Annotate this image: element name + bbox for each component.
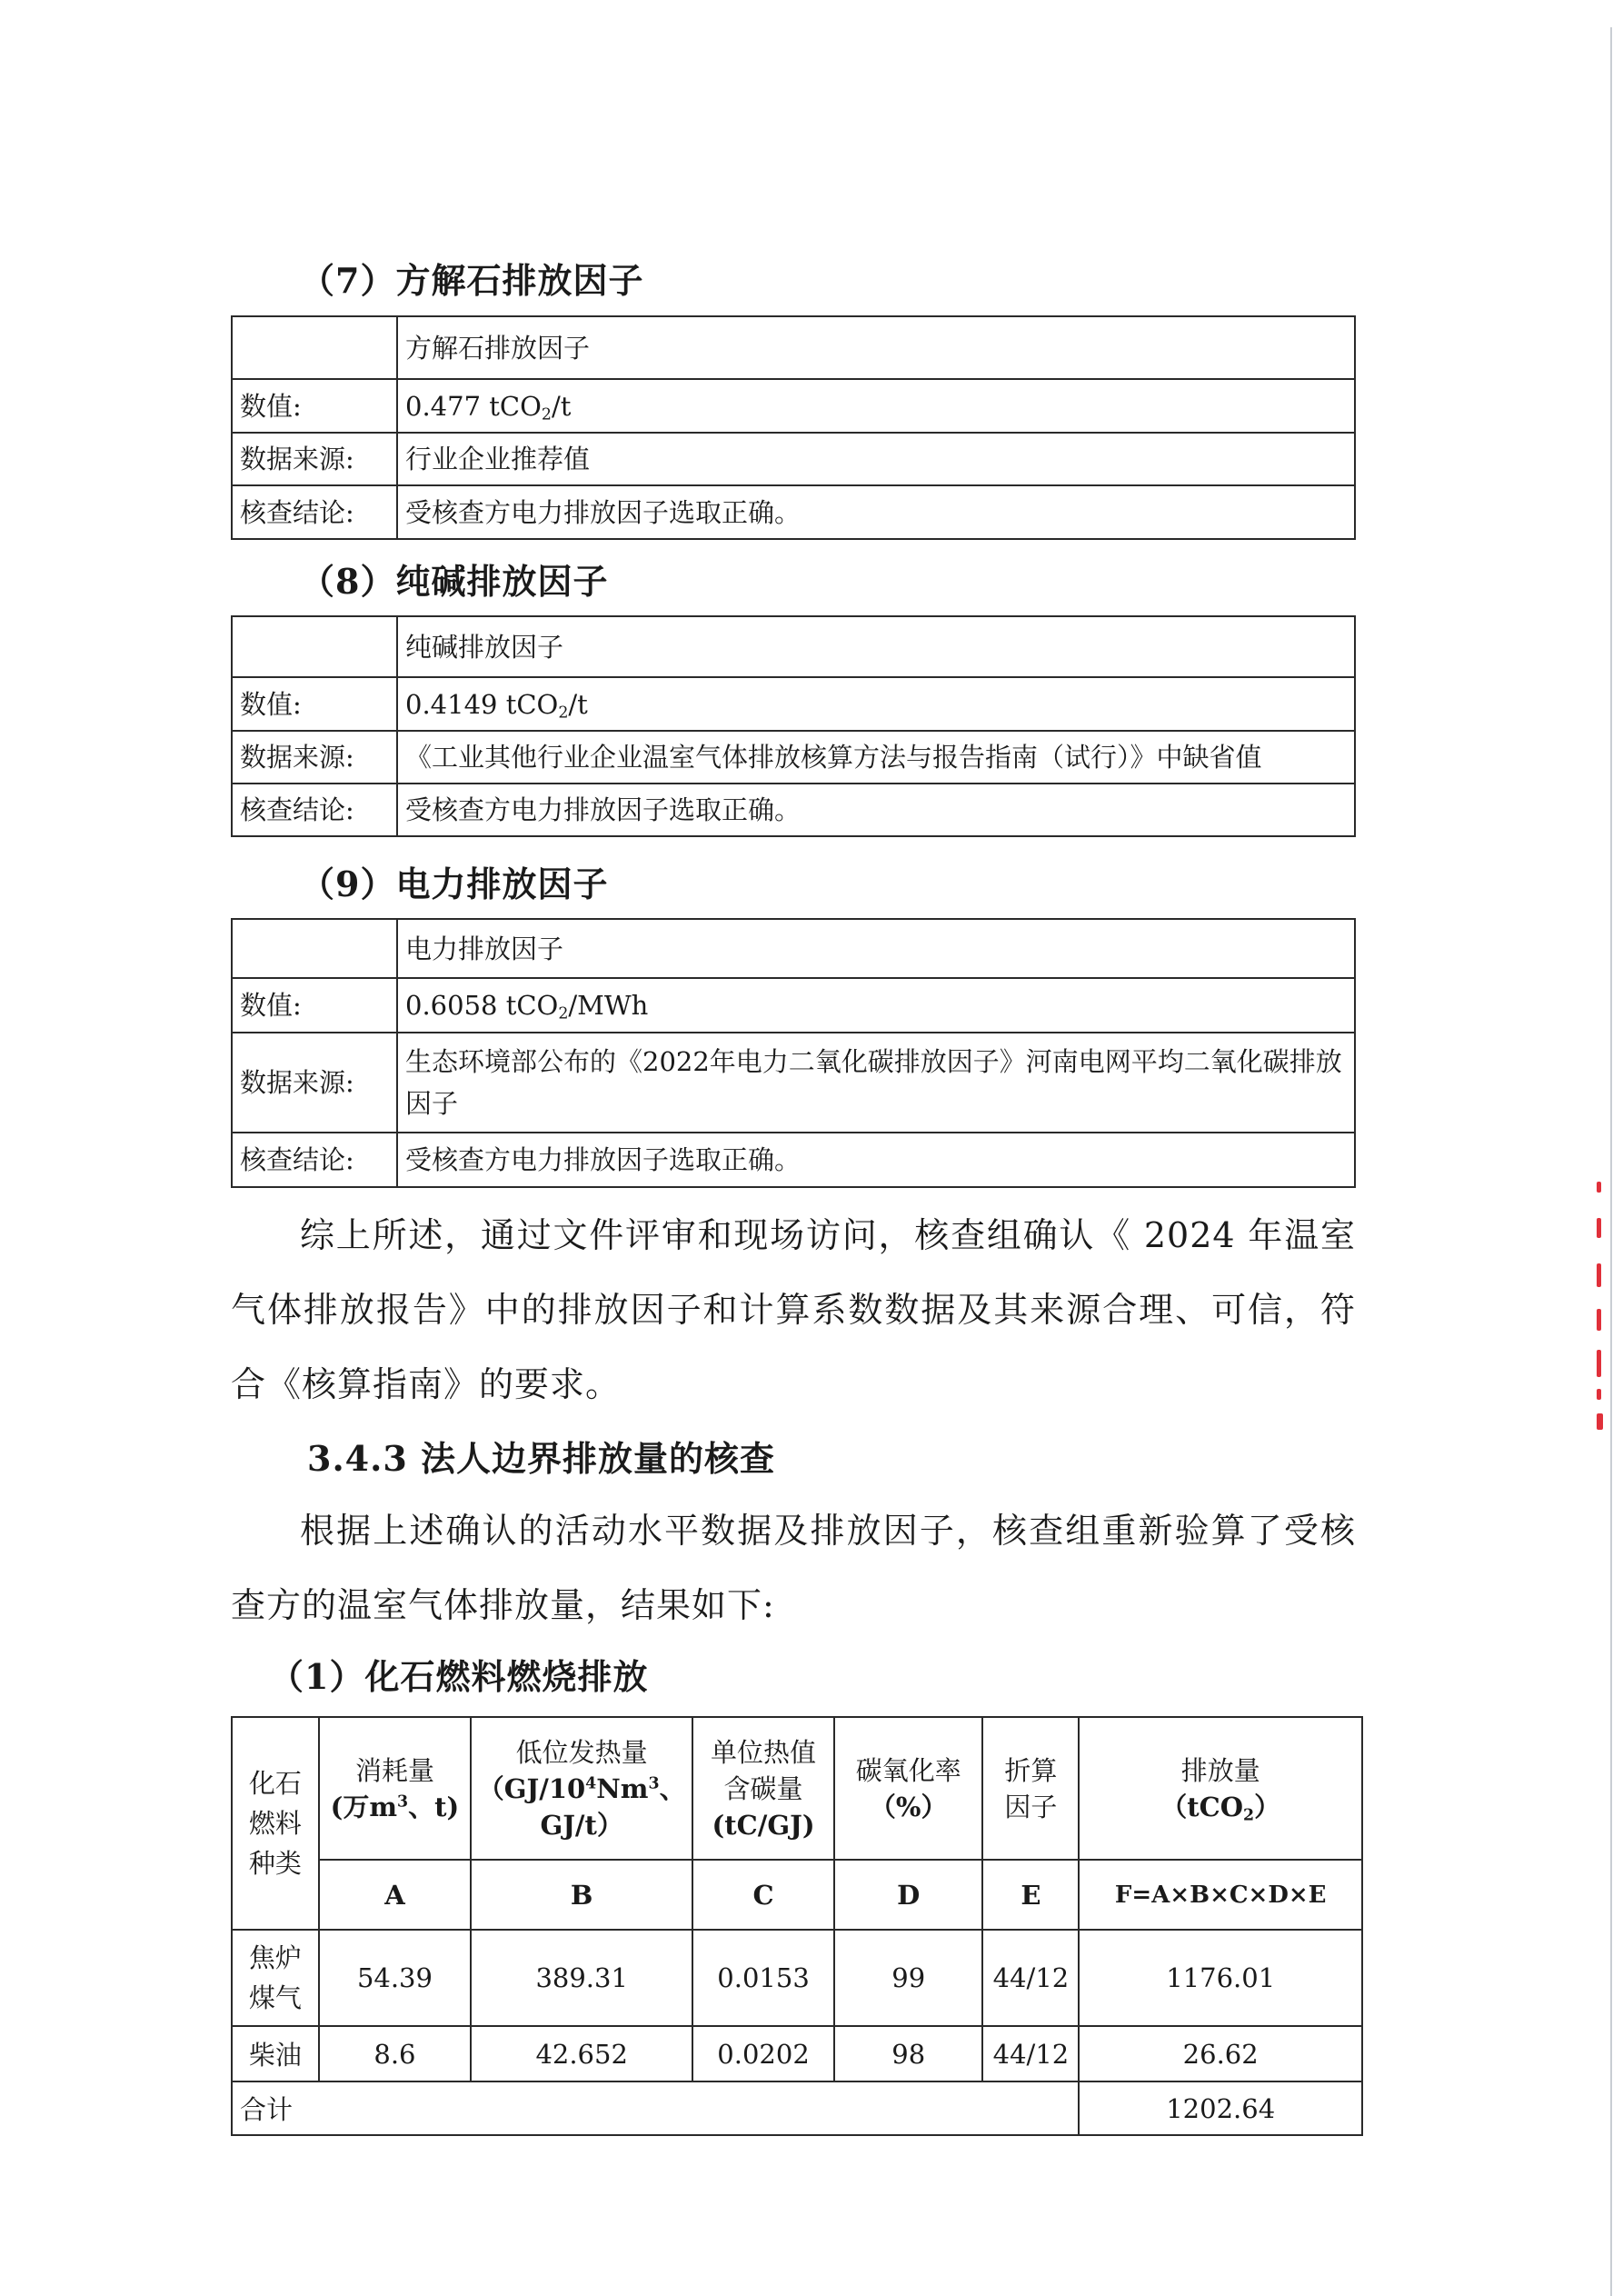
page-edge-line	[1610, 27, 1612, 2296]
value-cell: 受核查方电力排放因子选取正确。	[397, 784, 1355, 836]
label-cell: 数据来源:	[232, 433, 397, 485]
value-cell: 0.0153	[692, 1930, 834, 2026]
header-consumption: 消耗量 (万m3、t)	[319, 1717, 472, 1860]
value-cell: 8.6	[319, 2026, 472, 2081]
header-oxidation-rate: 碳氧化率 （%）	[834, 1717, 983, 1860]
section-heading-3-4-3: 3.4.3 法人边界排放量的核查	[307, 1438, 775, 1480]
value-cell: 受核查方电力排放因子选取正确。	[397, 485, 1355, 539]
label-cell: 数值:	[232, 978, 397, 1033]
table-row: 核查结论: 受核查方电力排放因子选取正确。	[232, 485, 1355, 539]
value-cell: 行业企业推荐值	[397, 433, 1355, 485]
value-cell: 受核查方电力排放因子选取正确。	[397, 1133, 1355, 1187]
title-cell: 纯碱排放因子	[397, 616, 1355, 677]
header-emissions: 排放量 （tCO2）	[1079, 1717, 1362, 1860]
table-row: 纯碱排放因子	[232, 616, 1355, 677]
letter-cell: E	[982, 1860, 1079, 1930]
table-row: 数据来源: 生态环境部公布的《2022年电力二氧化碳排放因子》河南电网平均二氧化…	[232, 1033, 1355, 1133]
table-row: 方解石排放因子	[232, 316, 1355, 379]
table-row: 柴油 8.6 42.652 0.0202 98 44/12 26.62	[232, 2026, 1362, 2081]
empty-cell	[232, 316, 397, 379]
header-fuel-type: 化石燃料种类	[232, 1717, 319, 1930]
total-label-cell: 合计	[232, 2081, 1079, 2135]
header-row: 化石燃料种类 消耗量 (万m3、t) 低位发热量 （GJ/104Nm3、 GJ/…	[232, 1717, 1362, 1860]
section-heading-calcite: （7）方解石排放因子	[300, 260, 643, 302]
fuel-name-cell: 柴油	[232, 2026, 319, 2081]
section-heading-electricity: （9）电力排放因子	[300, 863, 608, 905]
letter-cell: D	[834, 1860, 983, 1930]
value-cell: 0.4149 tCO2/t	[397, 677, 1355, 731]
formula-cell: F=A×B×C×D×E	[1079, 1860, 1362, 1930]
value-cell: 生态环境部公布的《2022年电力二氧化碳排放因子》河南电网平均二氧化碳排放因子	[397, 1033, 1355, 1133]
value-cell: 26.62	[1079, 2026, 1362, 2081]
value-cell: 99	[834, 1930, 983, 2026]
value-cell: 0.6058 tCO2/MWh	[397, 978, 1355, 1033]
seal-stamp-fragment	[1597, 1182, 1606, 1454]
label-cell: 核查结论:	[232, 784, 397, 836]
value-cell: 42.652	[471, 2026, 692, 2081]
formula-letter-row: A B C D E F=A×B×C×D×E	[232, 1860, 1362, 1930]
label-cell: 数据来源:	[232, 731, 397, 784]
table-row: 核查结论: 受核查方电力排放因子选取正确。	[232, 784, 1355, 836]
header-carbon-content: 单位热值 含碳量 (tC/GJ)	[692, 1717, 834, 1860]
table-row: 核查结论: 受核查方电力排放因子选取正确。	[232, 1133, 1355, 1187]
empty-cell	[232, 919, 397, 978]
title-cell: 方解石排放因子	[397, 316, 1355, 379]
electricity-factor-table: 电力排放因子 数值: 0.6058 tCO2/MWh 数据来源: 生态环境部公布…	[231, 918, 1356, 1188]
intro-paragraph: 根据上述确认的活动水平数据及排放因子，核查组重新验算了受核查方的温室气体排放量，…	[231, 1493, 1356, 1642]
calcite-factor-table: 方解石排放因子 数值: 0.477 tCO2/t 数据来源: 行业企业推荐值 核…	[231, 315, 1356, 540]
section-heading-fossil-fuel: （1）化石燃料燃烧排放	[269, 1656, 648, 1698]
empty-cell	[232, 616, 397, 677]
label-cell: 数值:	[232, 379, 397, 433]
value-cell: 0.0202	[692, 2026, 834, 2081]
total-value-cell: 1202.64	[1079, 2081, 1362, 2135]
table-row: 焦炉煤气 54.39 389.31 0.0153 99 44/12 1176.0…	[232, 1930, 1362, 2026]
fossil-fuel-emissions-table: 化石燃料种类 消耗量 (万m3、t) 低位发热量 （GJ/104Nm3、 GJ/…	[231, 1716, 1363, 2136]
section-heading-soda-ash: （8）纯碱排放因子	[300, 561, 608, 603]
value-cell: 98	[834, 2026, 983, 2081]
value-cell: 44/12	[982, 1930, 1079, 2026]
table-row: 数值: 0.6058 tCO2/MWh	[232, 978, 1355, 1033]
label-cell: 核查结论:	[232, 1133, 397, 1187]
table-row: 数据来源: 《工业其他行业企业温室气体排放核算方法与报告指南（试行）》中缺省值	[232, 731, 1355, 784]
letter-cell: A	[319, 1860, 472, 1930]
summary-paragraph: 综上所述，通过文件评审和现场访问，核查组确认《 2024 年温室气体排放报告》中…	[231, 1198, 1356, 1422]
label-cell: 数值:	[232, 677, 397, 731]
header-ncv: 低位发热量 （GJ/104Nm3、 GJ/t）	[471, 1717, 692, 1860]
total-row: 合计 1202.64	[232, 2081, 1362, 2135]
value-cell: 44/12	[982, 2026, 1079, 2081]
table-row: 数值: 0.477 tCO2/t	[232, 379, 1355, 433]
letter-cell: C	[692, 1860, 834, 1930]
letter-cell: B	[471, 1860, 692, 1930]
fuel-name-cell: 焦炉煤气	[232, 1930, 319, 2026]
value-cell: 《工业其他行业企业温室气体排放核算方法与报告指南（试行）》中缺省值	[397, 731, 1355, 784]
value-cell: 1176.01	[1079, 1930, 1362, 2026]
header-conversion-factor: 折算 因子	[982, 1717, 1079, 1860]
value-cell: 389.31	[471, 1930, 692, 2026]
label-cell: 核查结论:	[232, 485, 397, 539]
table-row: 数据来源: 行业企业推荐值	[232, 433, 1355, 485]
soda-ash-factor-table: 纯碱排放因子 数值: 0.4149 tCO2/t 数据来源: 《工业其他行业企业…	[231, 615, 1356, 837]
table-row: 电力排放因子	[232, 919, 1355, 978]
title-cell: 电力排放因子	[397, 919, 1355, 978]
label-cell: 数据来源:	[232, 1033, 397, 1133]
value-cell: 54.39	[319, 1930, 472, 2026]
value-cell: 0.477 tCO2/t	[397, 379, 1355, 433]
table-row: 数值: 0.4149 tCO2/t	[232, 677, 1355, 731]
